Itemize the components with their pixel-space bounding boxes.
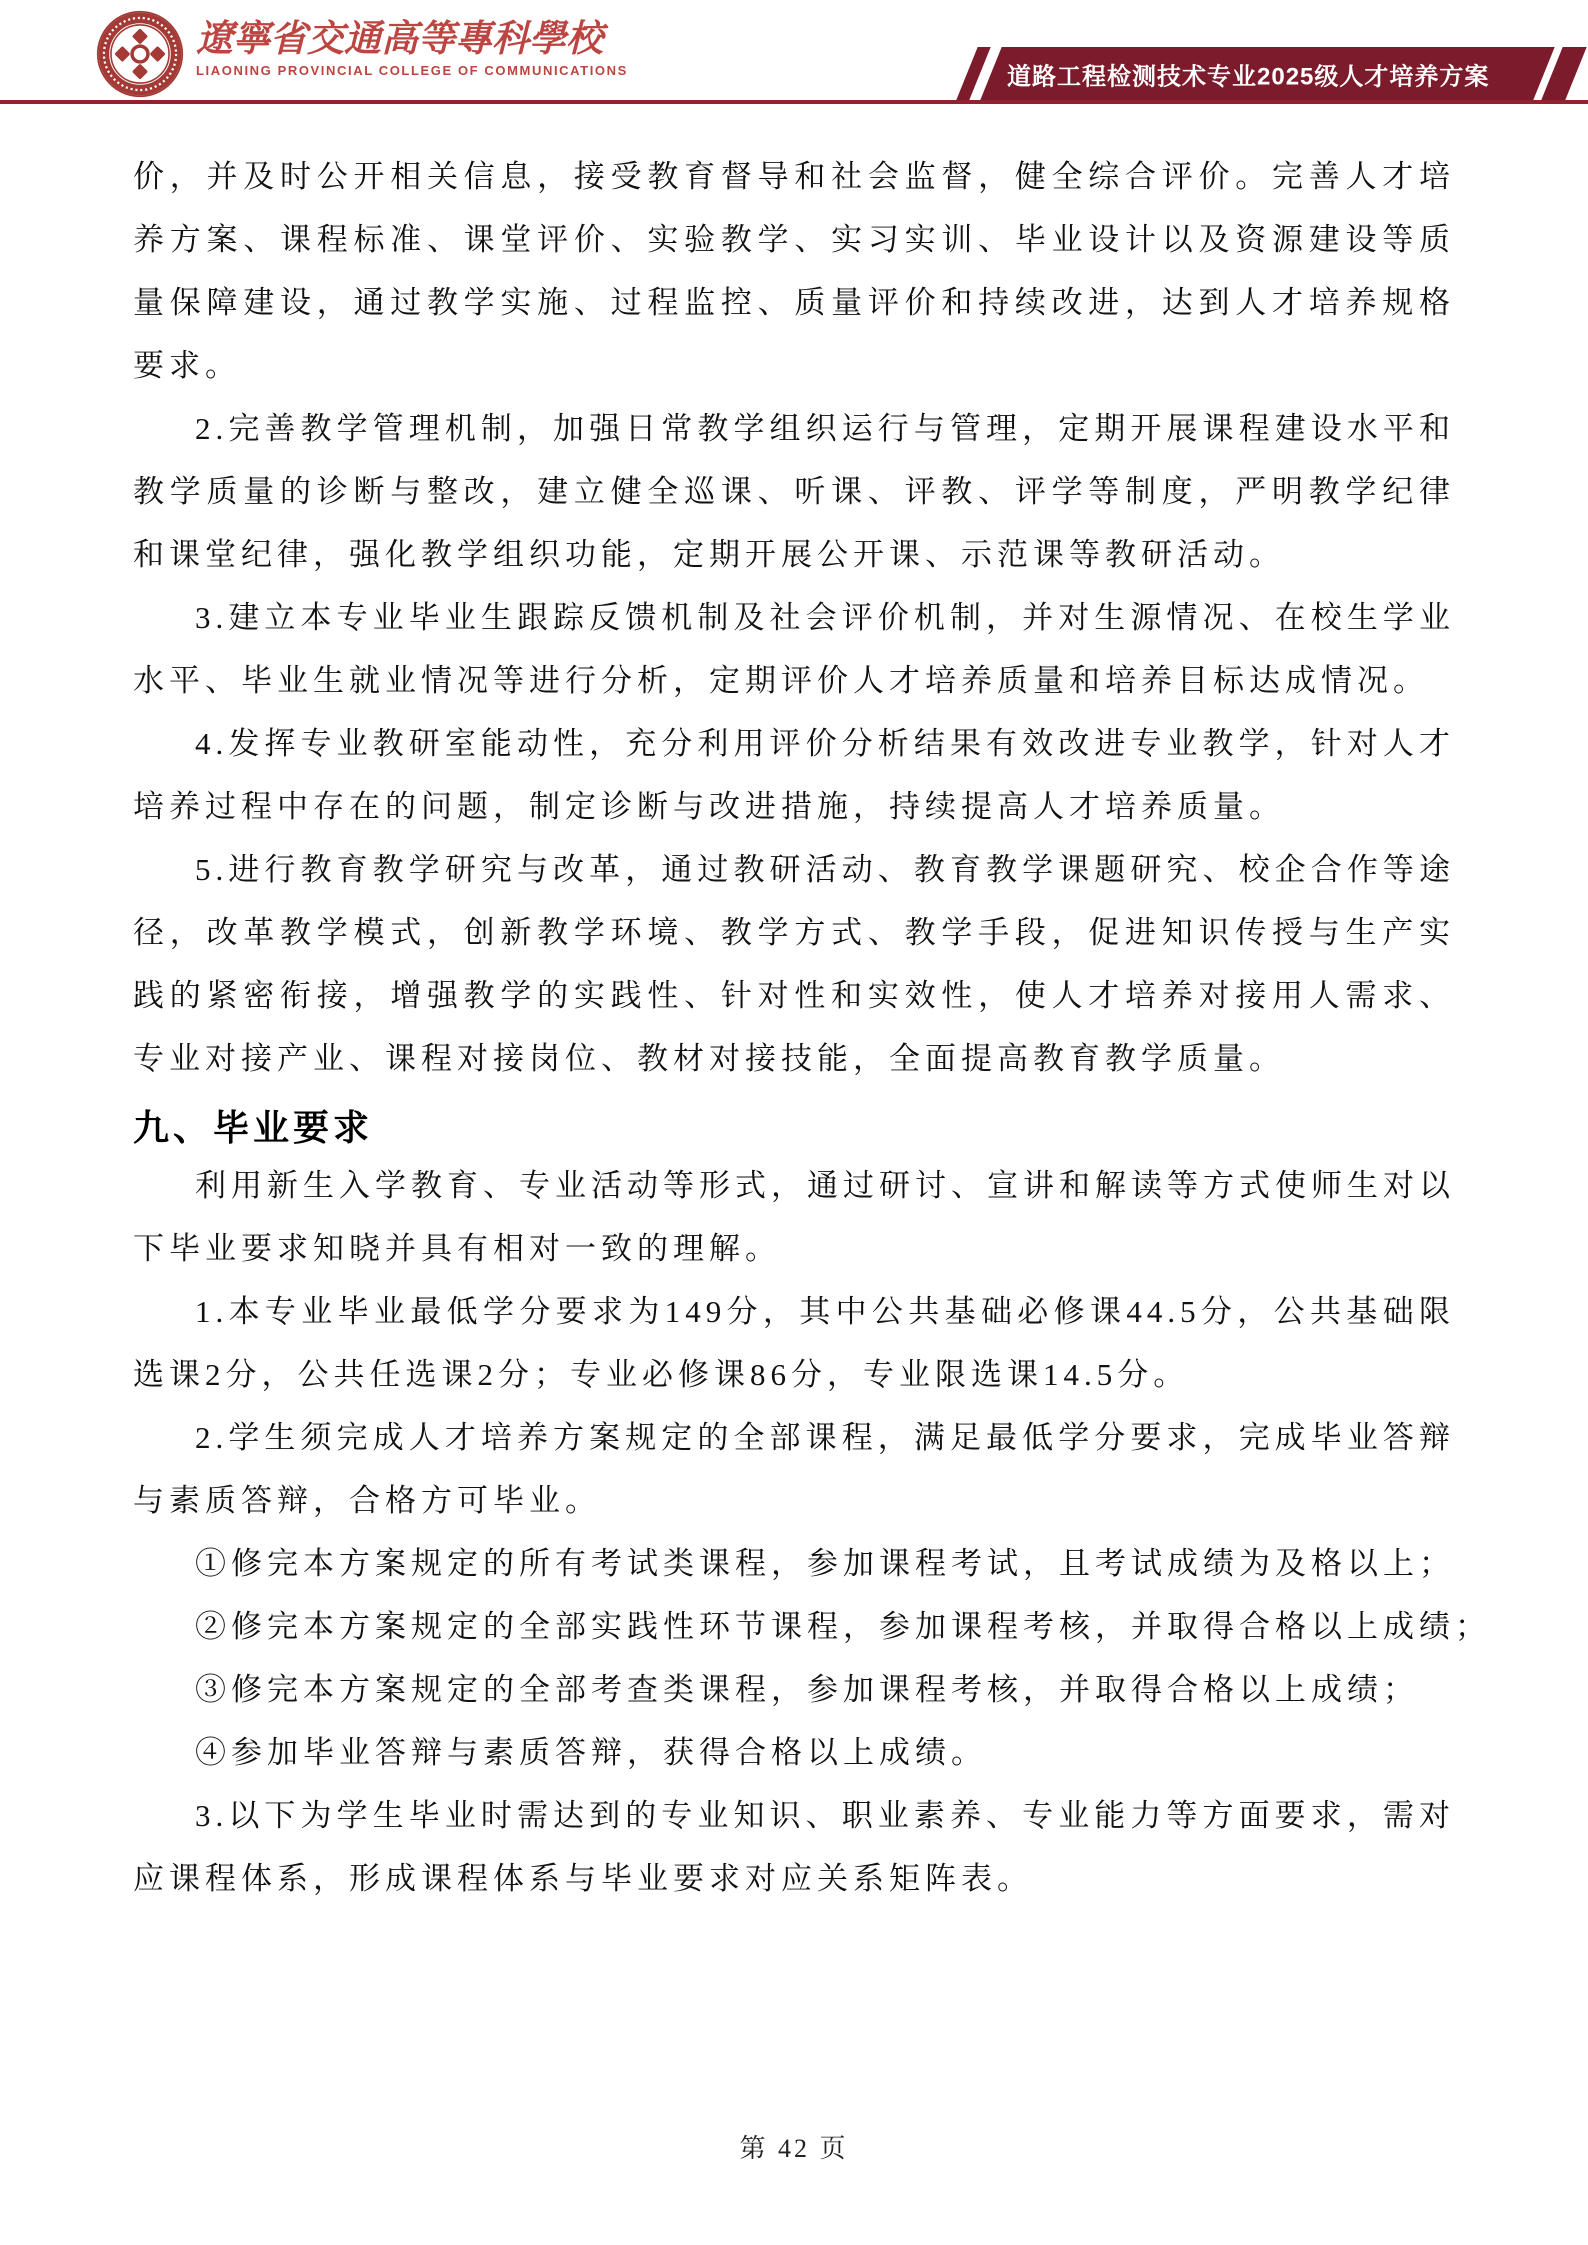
school-seal-icon — [96, 10, 184, 98]
paragraph: 4.发挥专业教研室能动性，充分利用评价分析结果有效改进专业教学，针对人才培养过程… — [133, 712, 1455, 838]
document-body: 价，并及时公开相关信息，接受教育督导和社会监督，健全综合评价。完善人才培养方案、… — [133, 145, 1455, 1910]
school-name-cn: 遼寧省交通高等專科學校 — [196, 16, 628, 60]
paragraph: 5.进行教育教学研究与改革，通过教研活动、教育教学课题研究、校企合作等途径，改革… — [133, 838, 1455, 1090]
paragraph: 2.完善教学管理机制，加强日常教学组织运行与管理，定期开展课程建设水平和教学质量… — [133, 397, 1455, 586]
paragraph: 1.本专业毕业最低学分要求为149分，其中公共基础必修课44.5分，公共基础限选… — [133, 1280, 1455, 1406]
page-footer: 第 42 页 — [0, 2128, 1588, 2165]
paragraph: 价，并及时公开相关信息，接受教育督导和社会监督，健全综合评价。完善人才培养方案、… — [133, 145, 1455, 397]
school-name-block: 遼寧省交通高等專科學校 LIAONING PROVINCIAL COLLEGE … — [196, 16, 628, 78]
header-rule — [0, 100, 1588, 104]
document-page: 遼寧省交通高等專科學校 LIAONING PROVINCIAL COLLEGE … — [0, 0, 1588, 2245]
header-banner: 道路工程检测技术专业2025级人才培养方案 — [955, 47, 1588, 100]
numbered-item: ②修完本方案规定的全部实践性环节课程，参加课程考核，并取得合格以上成绩； — [133, 1595, 1455, 1658]
banner-title: 道路工程检测技术专业2025级人才培养方案 — [1007, 56, 1489, 91]
numbered-item: ④参加毕业答辩与素质答辩，获得合格以上成绩。 — [133, 1721, 1455, 1784]
paragraph: 2.学生须完成人才培养方案规定的全部课程，满足最低学分要求，完成毕业答辩与素质答… — [133, 1406, 1455, 1532]
page-header: 遼寧省交通高等專科學校 LIAONING PROVINCIAL COLLEGE … — [0, 0, 1588, 105]
numbered-item: ①修完本方案规定的所有考试类课程，参加课程考试，且考试成绩为及格以上； — [133, 1532, 1455, 1595]
school-name-en: LIAONING PROVINCIAL COLLEGE OF COMMUNICA… — [196, 63, 628, 78]
paragraph: 3.建立本专业毕业生跟踪反馈机制及社会评价机制，并对生源情况、在校生学业水平、毕… — [133, 586, 1455, 712]
numbered-item: ③修完本方案规定的全部考查类课程，参加课程考核，并取得合格以上成绩； — [133, 1658, 1455, 1721]
page-number: 第 42 页 — [739, 2134, 848, 2163]
paragraph: 利用新生入学教育、专业活动等形式，通过研讨、宣讲和解读等方式使师生对以下毕业要求… — [133, 1154, 1455, 1280]
paragraph: 3.以下为学生毕业时需达到的专业知识、职业素养、专业能力等方面要求，需对应课程体… — [133, 1784, 1455, 1910]
section-heading: 九、毕业要求 — [133, 1104, 1455, 1152]
